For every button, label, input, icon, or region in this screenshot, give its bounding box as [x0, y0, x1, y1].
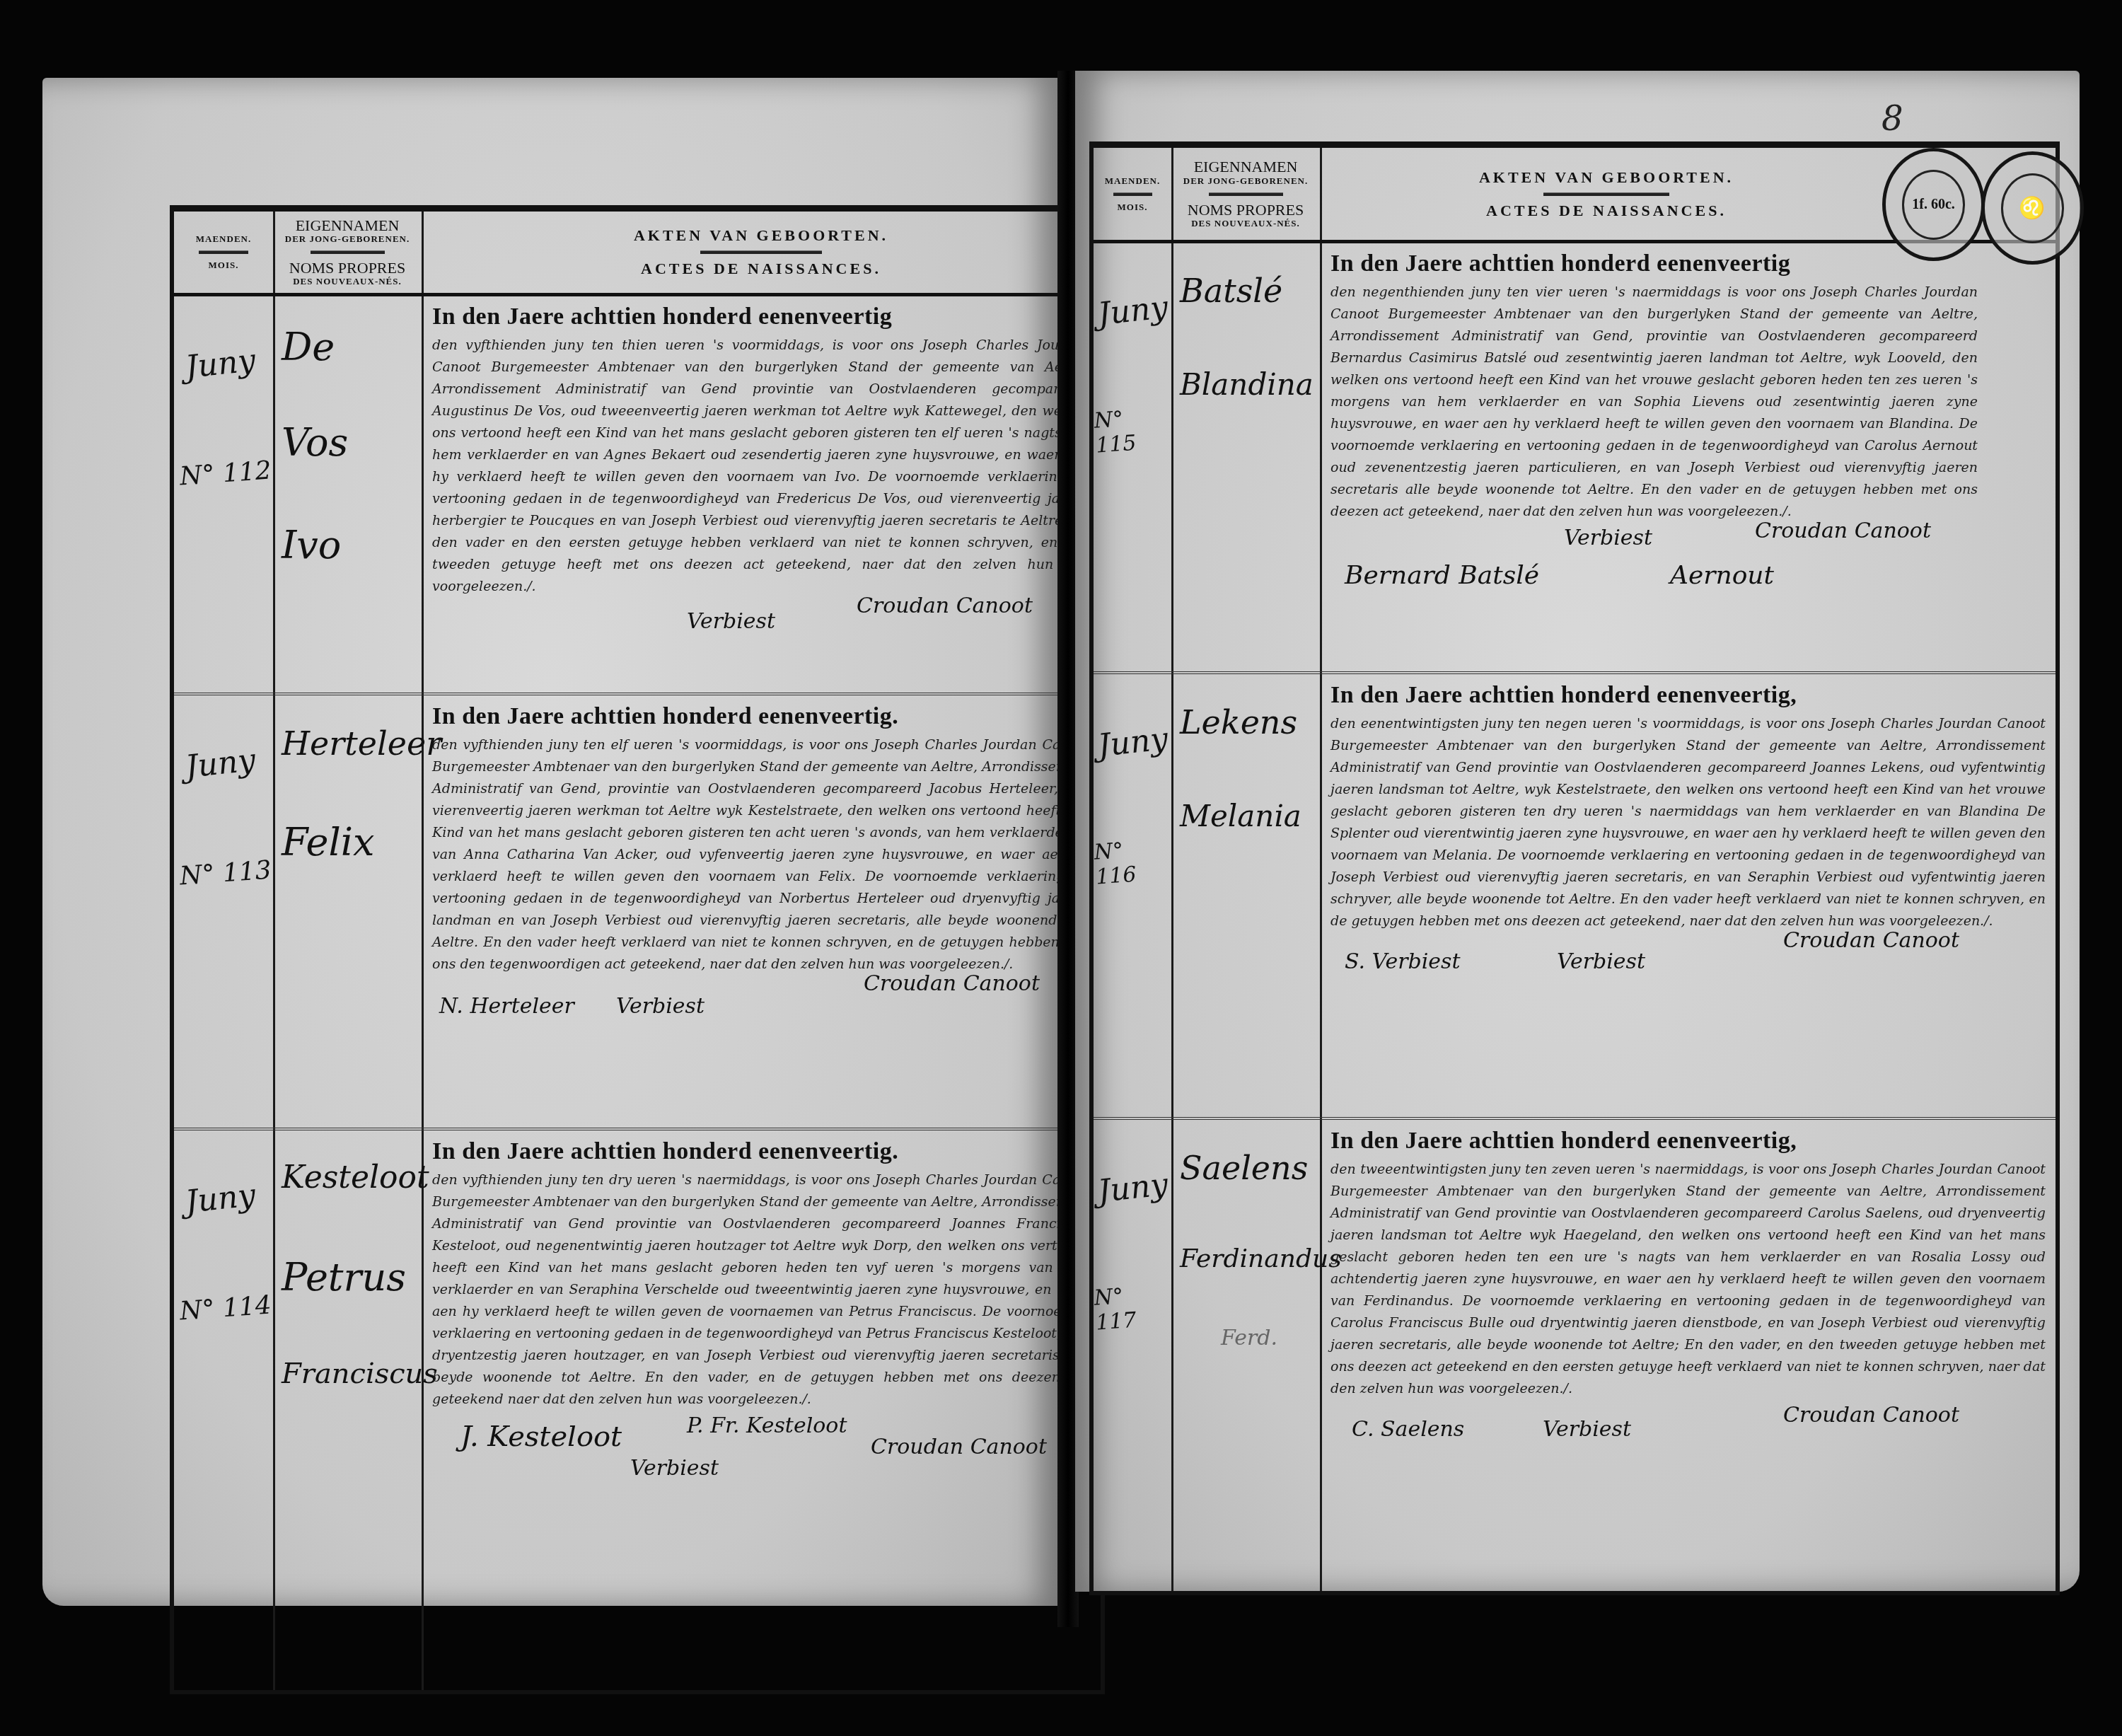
divider: [311, 250, 385, 254]
entry-text: den vyfthienden juny ten elf ueren 's vo…: [432, 734, 1091, 976]
signature: Croudan Canoot: [864, 971, 1040, 996]
left-page: MAENDEN. MOIS. EIGENNAMEN DER JONG-GEBOR…: [42, 78, 1061, 1606]
signature: S. Verbiest: [1345, 949, 1461, 974]
signature: Aernout: [1670, 561, 1774, 590]
entry-body: In den Jaere achttien honderd eenenveert…: [1330, 682, 2046, 985]
child-given-name-2: Franciscus: [282, 1358, 438, 1390]
signature: Verbiest: [1557, 949, 1645, 974]
entry-text: den vyfthienden juny ten thien ueren 's …: [432, 335, 1091, 598]
entry-month: Juny: [184, 742, 257, 785]
child-surname: Herteleer: [282, 724, 441, 763]
child-given-name: Felix: [282, 820, 374, 864]
child-given-name: Melania: [1180, 799, 1301, 833]
entry-text: den tweeentwintigsten juny ten zeven uer…: [1330, 1159, 2046, 1400]
signature: Croudan Canoot: [871, 1435, 1047, 1459]
child-given-name: Ferdinandus: [1180, 1244, 1342, 1273]
entry-body: In den Jaere achttien honderd eenenveert…: [432, 303, 1091, 650]
birth-entry: Juny N° 112 De Vos Ivo In den Jaere acht…: [174, 296, 1101, 695]
entry-lead: In den Jaere achttien honderd eenenveert…: [1330, 1128, 2046, 1155]
birth-entry: Juny N° 115 Batslé Blandina In den Jaere…: [1094, 243, 2056, 674]
signature: Verbiest: [1564, 526, 1652, 550]
entry-month: Juny: [1096, 721, 1170, 764]
signatures: N. Herteleer Verbiest Croudan Canoot: [432, 978, 1091, 1028]
right-page: 8 MAENDEN. MOIS. EIGENNAMEN DER JONG-GEB…: [1075, 71, 2080, 1592]
signatures: C. Saelens Verbiest Croudan Canoot: [1330, 1403, 2046, 1452]
entry-body: In den Jaere achttien honderd eenenveert…: [1330, 1128, 2046, 1452]
entry-text: den eenentwintigsten juny ten negen uere…: [1330, 713, 2046, 932]
entry-lead: In den Jaere achttien honderd eenenveert…: [432, 303, 1091, 330]
header-names: EIGENNAMEN DER JONG-GEBORENEN. NOMS PROP…: [273, 212, 422, 293]
tax-stamp-value: 1f. 60c.: [1902, 170, 1966, 240]
divider: [199, 250, 248, 254]
entry-number: N° 112: [179, 456, 272, 492]
birth-entry: Juny N° 117 Saelens Ferdinandus Ferd. In…: [1094, 1121, 2056, 1587]
signature: P. Fr. Kesteloot: [687, 1413, 847, 1438]
book-scan: MAENDEN. MOIS. EIGENNAMEN DER JONG-GEBOR…: [0, 0, 2122, 1736]
child-surname: Saelens: [1180, 1149, 1308, 1187]
birth-entry: Juny N° 114 Kesteloot Petrus Franciscus …: [174, 1131, 1101, 1690]
register-table-right: MAENDEN. MOIS. EIGENNAMEN DER JONG-GEBOR…: [1089, 141, 2060, 1595]
signature: C. Saelens: [1352, 1417, 1464, 1442]
child-given-name-2: Ivo: [282, 523, 341, 567]
divider: [700, 250, 823, 254]
signature: N. Herteleer: [439, 994, 574, 1019]
child-given-name: Blandina: [1180, 367, 1314, 402]
child-surname: De: [282, 325, 335, 369]
entry-lead: In den Jaere achttien honderd eenenveert…: [1330, 682, 2046, 709]
signature: Croudan Canoot: [857, 594, 1033, 618]
lion-icon: ♌: [2001, 173, 2065, 243]
margin-note: Ferd.: [1221, 1326, 1277, 1350]
child-surname: Kesteloot: [282, 1159, 429, 1196]
divider: [1543, 192, 1669, 196]
signature: Croudan Canoot: [1783, 1403, 1959, 1428]
signature: Verbiest: [687, 609, 775, 634]
signature: Verbiest: [630, 1456, 719, 1481]
entry-text: den negenthienden juny ten vier ueren 's…: [1330, 282, 1978, 523]
header-title: AKTEN VAN GEBOORTEN. ACTES DE NAISSANCES…: [1320, 148, 1893, 240]
divider: [1113, 192, 1152, 196]
register-table-left: MAENDEN. MOIS. EIGENNAMEN DER JONG-GEBOR…: [170, 205, 1105, 1694]
birth-entry: Juny N° 116 Lekens Melania In den Jaere …: [1094, 675, 2056, 1120]
entry-month: Juny: [184, 342, 257, 386]
entry-body: In den Jaere achttien honderd eenenveert…: [432, 1138, 1091, 1498]
entry-month: Juny: [184, 1177, 257, 1220]
child-surname: Lekens: [1180, 703, 1297, 741]
signature: Verbiest: [616, 994, 705, 1019]
header-names: EIGENNAMEN DER JONG-GEBORENEN. NOMS PROP…: [1171, 148, 1320, 240]
header-month: MAENDEN. MOIS.: [1094, 148, 1171, 240]
child-given-name: Petrus: [282, 1255, 406, 1300]
entry-body: In den Jaere achttien honderd eenenveert…: [432, 703, 1091, 1028]
entry-text: den vyfthienden juny ten dry ueren 's na…: [432, 1169, 1091, 1411]
entry-number: N° 117: [1094, 1280, 1173, 1335]
entry-lead: In den Jaere achttien honderd eenenveert…: [1330, 250, 1978, 277]
signature: J. Kesteloot: [460, 1420, 622, 1453]
entry-number: N° 115: [1094, 403, 1173, 458]
signature: Verbiest: [1543, 1417, 1631, 1442]
entry-month: Juny: [1096, 289, 1170, 332]
signature: Bernard Batslé: [1345, 561, 1539, 590]
birth-entry: Juny N° 113 Herteleer Felix In den Jaere…: [174, 696, 1101, 1130]
entry-month: Juny: [1096, 1167, 1170, 1210]
signatures: Verbiest Croudan Canoot: [432, 601, 1091, 650]
entry-lead: In den Jaere achttien honderd eenenveert…: [432, 1138, 1091, 1165]
signature: Croudan Canoot: [1783, 928, 1959, 953]
entry-body: In den Jaere achttien honderd eenenveert…: [1330, 250, 1978, 603]
entry-lead: In den Jaere achttien honderd eenenveert…: [432, 703, 1091, 730]
register-header: MAENDEN. MOIS. EIGENNAMEN DER JONG-GEBOR…: [174, 212, 1101, 296]
entry-number: N° 116: [1094, 835, 1173, 889]
child-surname: Batslé: [1180, 272, 1282, 310]
page-number-mark: 8: [1882, 99, 1903, 139]
divider: [1209, 192, 1283, 196]
header-title: AKTEN VAN GEBOORTEN. ACTES DE NAISSANCES…: [422, 212, 1101, 293]
signature: Croudan Canoot: [1755, 519, 1931, 543]
child-given-name: Vos: [282, 420, 348, 465]
entry-number: N° 113: [179, 856, 272, 891]
signatures: Verbiest Croudan Canoot Bernard Batslé A…: [1330, 526, 1978, 603]
signatures: S. Verbiest Verbiest Croudan Canoot: [1330, 935, 2046, 985]
register-header: MAENDEN. MOIS. EIGENNAMEN DER JONG-GEBOR…: [1094, 148, 2056, 243]
header-month: MAENDEN. MOIS.: [174, 212, 273, 293]
entry-number: N° 114: [179, 1291, 272, 1326]
signatures: J. Kesteloot P. Fr. Kesteloot Verbiest C…: [432, 1413, 1091, 1498]
